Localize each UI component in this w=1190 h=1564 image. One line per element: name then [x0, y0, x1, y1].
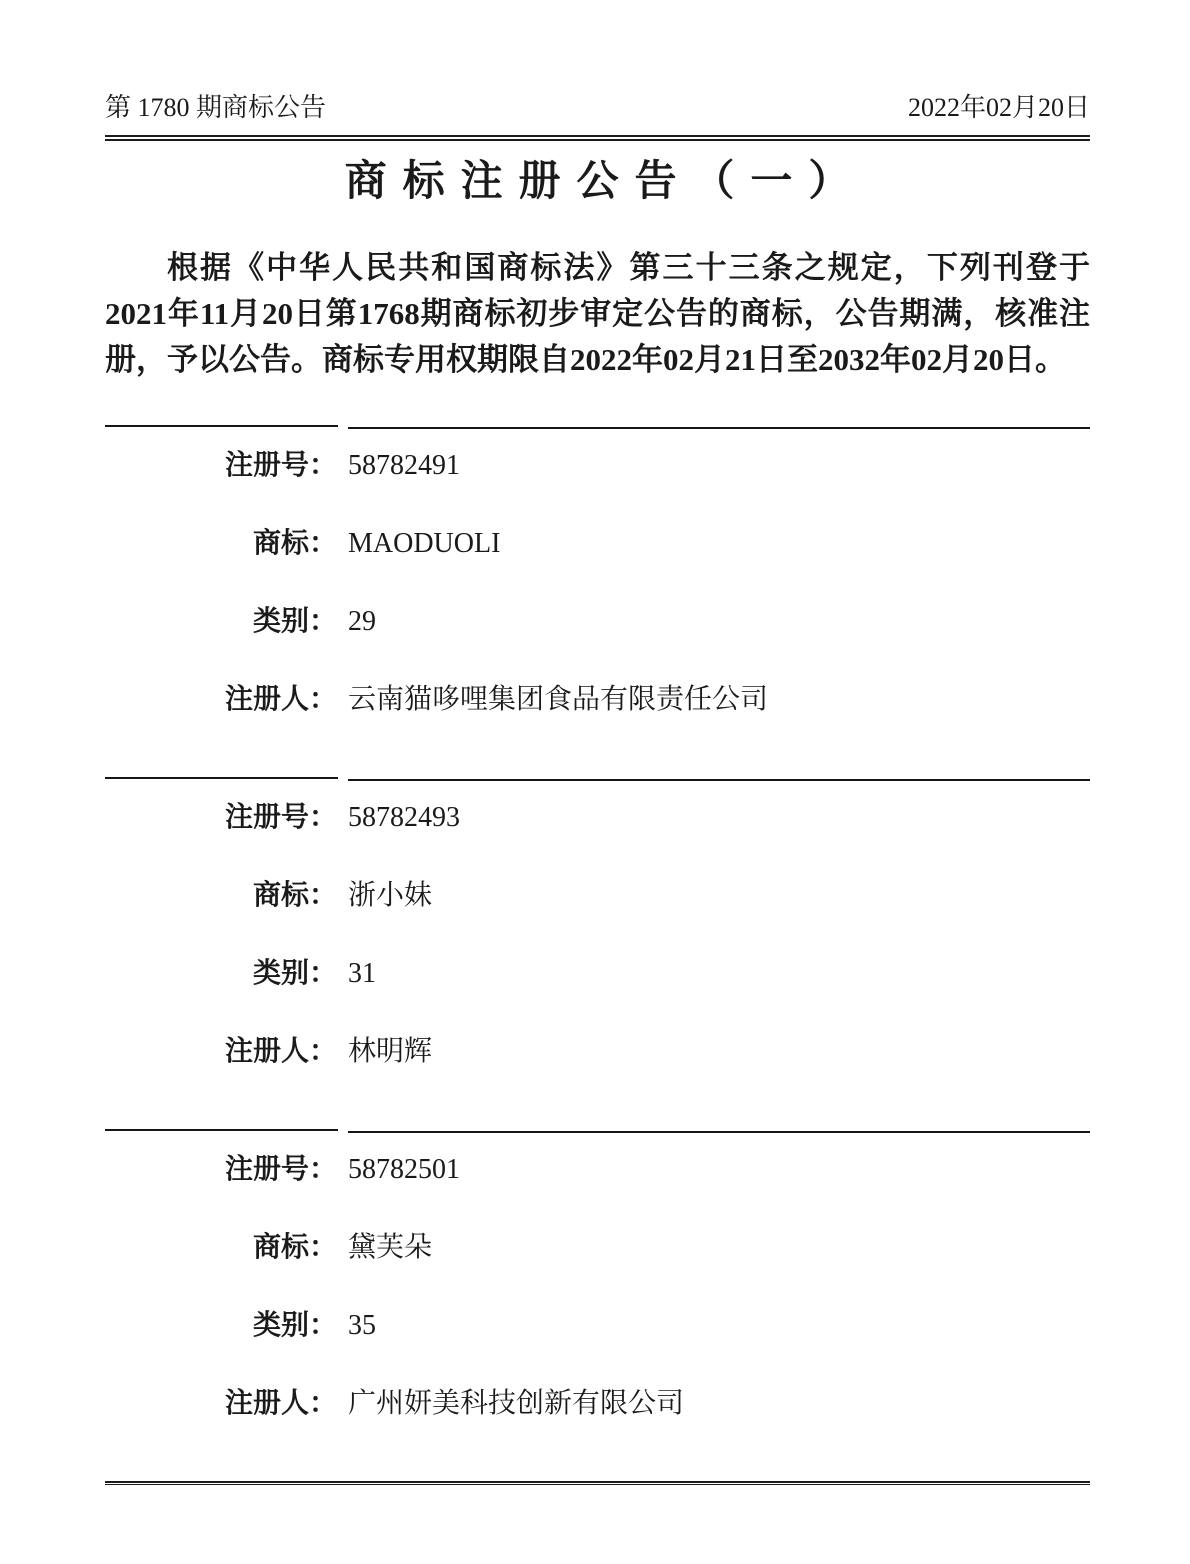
gazette-issue-label: 第 1780 期商标公告 [105, 92, 326, 124]
registration-number-value: 58782493 [348, 802, 460, 833]
record-divider-right-segment [348, 427, 1090, 429]
trademark-label: 商标： [105, 1232, 337, 1263]
trademark-value: 浙小妹 [348, 880, 432, 911]
gazette-page: 第 1780 期商标公告 2022年02月20日 商标注册公告（一） 根据《中华… [0, 0, 1190, 1564]
registrant-value: 云南猫哆哩集团食品有限责任公司 [348, 684, 768, 715]
registrant-value: 广州妍美科技创新有限公司 [348, 1388, 684, 1419]
record-divider [105, 777, 1090, 782]
category-value: 29 [348, 606, 376, 637]
trademark-value: MAODUOLI [348, 528, 500, 559]
registration-number-row: 注册号： 58782493 [105, 802, 1090, 833]
registration-number-row: 注册号： 58782501 [105, 1154, 1090, 1185]
header-divider [105, 135, 1090, 141]
intro-paragraph: 根据《中华人民共和国商标法》第三十三条之规定，下列刊登于2021年11月20日第… [105, 245, 1090, 383]
registration-number-value: 58782491 [348, 450, 460, 481]
record-divider-left-segment [105, 1129, 338, 1131]
category-row: 类别： 31 [105, 958, 1090, 989]
trademark-row: 商标： 浙小妹 [105, 880, 1090, 911]
registrant-row: 注册人： 广州妍美科技创新有限公司 [105, 1388, 1090, 1419]
registration-number-label: 注册号： [105, 1154, 337, 1185]
registration-number-row: 注册号： 58782491 [105, 450, 1090, 481]
category-value: 31 [348, 958, 376, 989]
trademark-label: 商标： [105, 528, 337, 559]
trademark-label: 商标： [105, 880, 337, 911]
registrant-row: 注册人： 云南猫哆哩集团食品有限责任公司 [105, 684, 1090, 715]
record-divider [105, 1129, 1090, 1134]
category-label: 类别： [105, 606, 337, 637]
trademark-row: 商标： MAODUOLI [105, 528, 1090, 559]
category-row: 类别： 35 [105, 1310, 1090, 1341]
registration-number-label: 注册号： [105, 802, 337, 833]
category-row: 类别： 29 [105, 606, 1090, 637]
record-divider-right-segment [348, 779, 1090, 781]
registrant-row: 注册人： 林明辉 [105, 1036, 1090, 1067]
registrant-value: 林明辉 [348, 1036, 432, 1067]
gazette-date: 2022年02月20日 [908, 92, 1090, 124]
registrant-label: 注册人： [105, 1388, 337, 1419]
category-label: 类别： [105, 958, 337, 989]
trademark-record: 注册号： 58782501 商标： 黛芙朵 类别： 35 注册人： 广州妍美科技… [105, 1134, 1090, 1481]
registrant-label: 注册人： [105, 684, 337, 715]
record-divider-left-segment [105, 777, 338, 779]
category-label: 类别： [105, 1310, 337, 1341]
record-divider [105, 425, 1090, 430]
record-divider-right-segment [348, 1131, 1090, 1133]
page-header: 第 1780 期商标公告 2022年02月20日 [105, 92, 1090, 124]
records-list: 注册号： 58782491 商标： MAODUOLI 类别： 29 注册人： 云… [105, 425, 1090, 1481]
registration-number-value: 58782501 [348, 1154, 460, 1185]
trademark-value: 黛芙朵 [348, 1232, 432, 1263]
registration-number-label: 注册号： [105, 450, 337, 481]
trademark-record: 注册号： 58782493 商标： 浙小妹 类别： 31 注册人： 林明辉 [105, 782, 1090, 1129]
page-title: 商标注册公告（一） [105, 157, 1090, 207]
category-value: 35 [348, 1310, 376, 1341]
bottom-divider [105, 1481, 1090, 1485]
trademark-row: 商标： 黛芙朵 [105, 1232, 1090, 1263]
record-divider-left-segment [105, 425, 338, 427]
trademark-record: 注册号： 58782491 商标： MAODUOLI 类别： 29 注册人： 云… [105, 430, 1090, 777]
registrant-label: 注册人： [105, 1036, 337, 1067]
